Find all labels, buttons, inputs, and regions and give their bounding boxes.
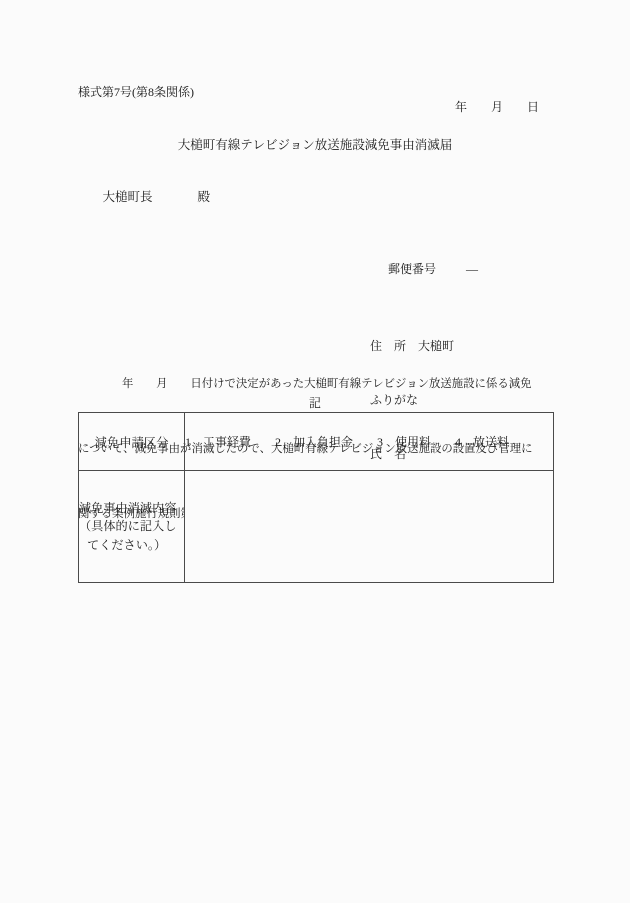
detail-header-line-1: 減免事由消滅内容 — [79, 499, 184, 518]
detail-header-line-3: てください。） — [79, 536, 184, 555]
record-heading: 記 — [0, 394, 630, 411]
form-table: 減免申請区分 1 工事経費 2 加入負担金 3 使用料 4 放送料 減免事由消滅… — [78, 412, 554, 583]
detail-content-cell — [185, 471, 554, 583]
postal-code-line: 郵便番号― — [370, 242, 539, 296]
detail-header-line-2: （具体的に記入し — [79, 517, 184, 536]
category-header-cell: 減免申請区分 — [79, 413, 185, 471]
document-title: 大槌町有線テレビジョン放送施設減免事由消滅届 — [0, 135, 630, 153]
addressee-honorific: 殿 — [198, 187, 211, 205]
addressee-line: 大槌町長殿 — [90, 172, 210, 220]
postal-code-label: 郵便番号 — [388, 262, 436, 276]
postal-code-dash: ― — [466, 260, 478, 278]
form-number: 様式第7号(第8条関係) — [78, 83, 194, 100]
addressee-name: 大槌町長 — [103, 190, 153, 204]
category-options-cell: 1 工事経費 2 加入負担金 3 使用料 4 放送料 — [185, 413, 554, 471]
body-line-1: 年 月 日付けで決定があった大槌町有線テレビジョン放送施設に係る減免 — [78, 374, 556, 396]
detail-header-cell: 減免事由消滅内容 （具体的に記入し てください。） — [79, 471, 185, 583]
table-row-category: 減免申請区分 1 工事経費 2 加入負担金 3 使用料 4 放送料 — [79, 413, 554, 471]
document-page: 様式第7号(第8条関係) 年 月 日 大槌町有線テレビジョン放送施設減免事由消滅… — [0, 0, 630, 903]
date-line: 年 月 日 — [455, 98, 539, 115]
table-row-detail: 減免事由消滅内容 （具体的に記入し てください。） — [79, 471, 554, 583]
